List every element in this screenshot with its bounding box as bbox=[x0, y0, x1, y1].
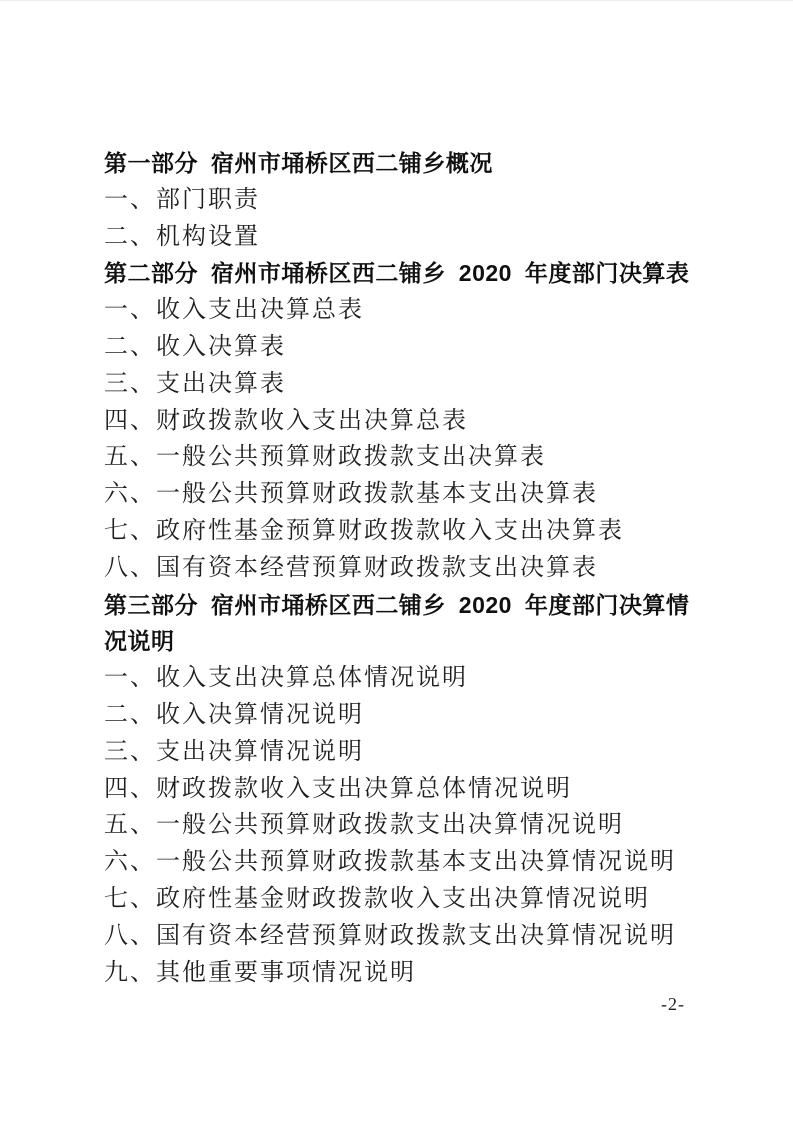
toc-item: 五、一般公共预算财政拨款支出决算表 bbox=[104, 439, 706, 476]
toc-item: 二、收入决算情况说明 bbox=[104, 697, 706, 734]
document-page: 第一部分 宿州市埇桥区西二铺乡概况 一、部门职责 二、机构设置 第二部分 宿州市… bbox=[0, 0, 793, 1122]
toc-item: 三、支出决算表 bbox=[104, 366, 706, 403]
toc-item: 六、一般公共预算财政拨款基本支出决算表 bbox=[104, 476, 706, 513]
toc-item: 七、政府性基金预算财政拨款收入支出决算表 bbox=[104, 513, 706, 550]
page-number: -2- bbox=[661, 994, 685, 1015]
toc-item: 四、财政拨款收入支出决算总表 bbox=[104, 403, 706, 440]
toc-section-2: 第二部分 宿州市埇桥区西二铺乡 2020 年度部门决算表 一、收入支出决算总表 … bbox=[104, 255, 706, 586]
section-heading: 第一部分 宿州市埇桥区西二铺乡概况 bbox=[104, 145, 706, 182]
toc-item: 一、部门职责 bbox=[104, 182, 706, 219]
section-heading: 第三部分 宿州市埇桥区西二铺乡 2020 年度部门决算情况说明 bbox=[104, 587, 706, 661]
toc-section-1: 第一部分 宿州市埇桥区西二铺乡概况 一、部门职责 二、机构设置 bbox=[104, 145, 706, 255]
toc-item: 一、收入支出决算总表 bbox=[104, 292, 706, 329]
toc-item: 一、收入支出决算总体情况说明 bbox=[104, 660, 706, 697]
toc-item: 八、国有资本经营预算财政拨款支出决算情况说明 bbox=[104, 918, 706, 955]
toc-item: 三、支出决算情况说明 bbox=[104, 734, 706, 771]
toc-content: 第一部分 宿州市埇桥区西二铺乡概况 一、部门职责 二、机构设置 第二部分 宿州市… bbox=[104, 145, 706, 991]
toc-item: 五、一般公共预算财政拨款支出决算情况说明 bbox=[104, 807, 706, 844]
toc-item: 七、政府性基金财政拨款收入支出决算情况说明 bbox=[104, 881, 706, 918]
toc-item: 二、收入决算表 bbox=[104, 329, 706, 366]
toc-item: 二、机构设置 bbox=[104, 219, 706, 256]
toc-section-3: 第三部分 宿州市埇桥区西二铺乡 2020 年度部门决算情况说明 一、收入支出决算… bbox=[104, 587, 706, 992]
toc-item: 九、其他重要事项情况说明 bbox=[104, 955, 706, 992]
toc-item: 六、一般公共预算财政拨款基本支出决算情况说明 bbox=[104, 844, 706, 881]
toc-item: 四、财政拨款收入支出决算总体情况说明 bbox=[104, 771, 706, 808]
toc-item: 八、国有资本经营预算财政拨款支出决算表 bbox=[104, 550, 706, 587]
section-heading: 第二部分 宿州市埇桥区西二铺乡 2020 年度部门决算表 bbox=[104, 255, 706, 292]
